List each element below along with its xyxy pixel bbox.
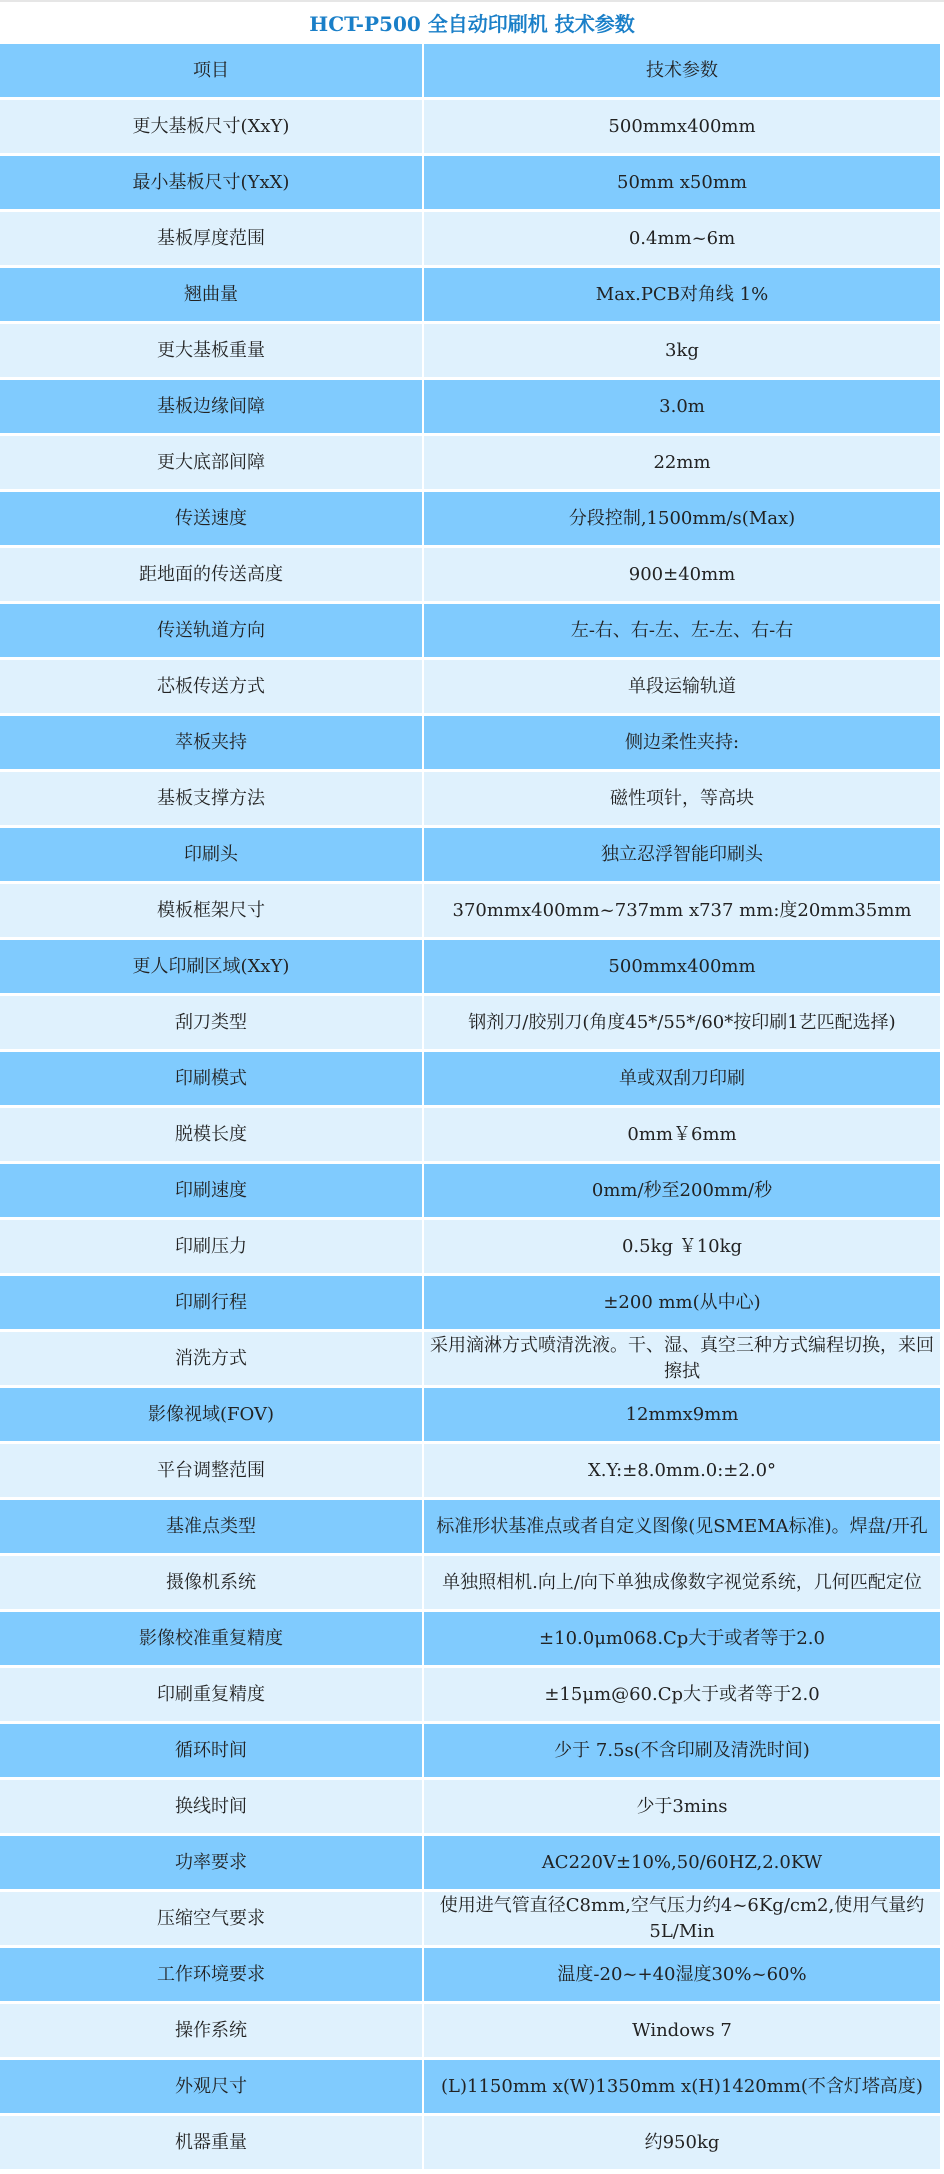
item-cell: 传送轨道方向 bbox=[0, 604, 422, 657]
item-cell: 印刷压力 bbox=[0, 1220, 422, 1273]
item-cell: 更人印刷区域(XxY) bbox=[0, 940, 422, 993]
item-cell: 脱模长度 bbox=[0, 1108, 422, 1161]
table-row: 印刷行程±200 mm(从中心) bbox=[0, 1276, 940, 1329]
item-cell: 摄像机系统 bbox=[0, 1556, 422, 1609]
table-row: 操作系统Windows 7 bbox=[0, 2004, 940, 2057]
item-cell: 萃板夹持 bbox=[0, 716, 422, 769]
item-cell: 功率要求 bbox=[0, 1836, 422, 1889]
item-cell: 外观尺寸 bbox=[0, 2060, 422, 2113]
item-cell: 印刷速度 bbox=[0, 1164, 422, 1217]
item-cell: 基板支撑方法 bbox=[0, 772, 422, 825]
item-cell: 更大基板尺寸(XxY) bbox=[0, 100, 422, 153]
table-row: 摄像机系统单独照相机.向上/向下单独成像数字视觉系统，几何匹配定位 bbox=[0, 1556, 940, 1609]
spec-cell: 单段运输轨道 bbox=[424, 660, 940, 713]
item-cell: 基板边缘间障 bbox=[0, 380, 422, 433]
spec-table: 项目 技术参数 更大基板尺寸(XxY)500mmx400mm最小基板尺寸(YxX… bbox=[0, 41, 942, 2172]
column-header-item: 项目 bbox=[0, 44, 422, 97]
spec-cell: 0.5kg ￥10kg bbox=[424, 1220, 940, 1273]
table-row: 萃板夹持侧边柔性夹持: bbox=[0, 716, 940, 769]
item-cell: 印刷行程 bbox=[0, 1276, 422, 1329]
item-cell: 影像视域(FOV) bbox=[0, 1388, 422, 1441]
spec-cell: 使用进气管直径C8mm,空气压力约4~6Kg/cm2,使用气量约5L/Min bbox=[424, 1892, 940, 1945]
spec-cell: 0.4mm~6m bbox=[424, 212, 940, 265]
table-row: 机器重量约950kg bbox=[0, 2116, 940, 2169]
spec-cell: Windows 7 bbox=[424, 2004, 940, 2057]
item-cell: 印刷重复精度 bbox=[0, 1668, 422, 1721]
spec-cell: 900±40mm bbox=[424, 548, 940, 601]
spec-cell: 0mm￥6mm bbox=[424, 1108, 940, 1161]
table-row: 基准点类型标准形状基准点或者自定义图像(见SMEMA标准)。焊盘/开孔 bbox=[0, 1500, 940, 1553]
table-row: 影像校准重复精度±10.0μm068.Cp大于或者等于2.0 bbox=[0, 1612, 940, 1665]
spec-cell: 单独照相机.向上/向下单独成像数字视觉系统，几何匹配定位 bbox=[424, 1556, 940, 1609]
item-cell: 最小基板尺寸(YxX) bbox=[0, 156, 422, 209]
page-title: HCT-P500 全自动印刷机 技术参数 bbox=[0, 0, 944, 44]
table-row: 压缩空气要求使用进气管直径C8mm,空气压力约4~6Kg/cm2,使用气量约5L… bbox=[0, 1892, 940, 1945]
item-cell: 传送速度 bbox=[0, 492, 422, 545]
spec-cell: X.Y:±8.0mm.0:±2.0° bbox=[424, 1444, 940, 1497]
table-row: 最小基板尺寸(YxX)50mm x50mm bbox=[0, 156, 940, 209]
spec-cell: 少于 7.5s(不含印刷及清洗时间) bbox=[424, 1724, 940, 1777]
spec-cell: 500mmx400mm bbox=[424, 100, 940, 153]
spec-cell: 3.0m bbox=[424, 380, 940, 433]
spec-cell: 370mmx400mm~737mm x737 mm:度20mm35mm bbox=[424, 884, 940, 937]
item-cell: 消洗方式 bbox=[0, 1332, 422, 1385]
item-cell: 循环时间 bbox=[0, 1724, 422, 1777]
table-row: 消洗方式采用滴淋方式喷清洗液。干、湿、真空三种方式编程切换，来回擦拭 bbox=[0, 1332, 940, 1385]
spec-cell: 0mm/秒至200mm/秒 bbox=[424, 1164, 940, 1217]
table-row: 印刷压力0.5kg ￥10kg bbox=[0, 1220, 940, 1273]
item-cell: 更大基板重量 bbox=[0, 324, 422, 377]
table-row: 印刷模式单或双刮刀印刷 bbox=[0, 1052, 940, 1105]
spec-cell: ±10.0μm068.Cp大于或者等于2.0 bbox=[424, 1612, 940, 1665]
spec-cell: 单或双刮刀印刷 bbox=[424, 1052, 940, 1105]
item-cell: 基准点类型 bbox=[0, 1500, 422, 1553]
spec-cell: (L)1150mm x(W)1350mm x(H)1420mm(不含灯塔高度) bbox=[424, 2060, 940, 2113]
spec-cell: 磁性项针，等高块 bbox=[424, 772, 940, 825]
table-row: 更大底部间障22mm bbox=[0, 436, 940, 489]
item-cell: 机器重量 bbox=[0, 2116, 422, 2169]
table-row: 翘曲量Max.PCB对角线 1% bbox=[0, 268, 940, 321]
item-cell: 翘曲量 bbox=[0, 268, 422, 321]
item-cell: 芯板传送方式 bbox=[0, 660, 422, 713]
item-cell: 换线时间 bbox=[0, 1780, 422, 1833]
table-row: 更人印刷区域(XxY)500mmx400mm bbox=[0, 940, 940, 993]
item-cell: 操作系统 bbox=[0, 2004, 422, 2057]
item-cell: 印刷模式 bbox=[0, 1052, 422, 1105]
table-row: 外观尺寸(L)1150mm x(W)1350mm x(H)1420mm(不含灯塔… bbox=[0, 2060, 940, 2113]
spec-cell: ±200 mm(从中心) bbox=[424, 1276, 940, 1329]
item-cell: 模板框架尺寸 bbox=[0, 884, 422, 937]
spec-cell: 500mmx400mm bbox=[424, 940, 940, 993]
item-cell: 平台调整范围 bbox=[0, 1444, 422, 1497]
table-header-row: 项目 技术参数 bbox=[0, 44, 940, 97]
table-row: 印刷头独立忍浮智能印刷头 bbox=[0, 828, 940, 881]
spec-cell: 左-右、右-左、左-左、右-右 bbox=[424, 604, 940, 657]
column-header-spec: 技术参数 bbox=[424, 44, 940, 97]
table-row: 印刷重复精度±15μm@60.Cp大于或者等于2.0 bbox=[0, 1668, 940, 1721]
spec-cell: 3kg bbox=[424, 324, 940, 377]
item-cell: 更大底部间障 bbox=[0, 436, 422, 489]
spec-cell: 50mm x50mm bbox=[424, 156, 940, 209]
table-row: 更大基板重量3kg bbox=[0, 324, 940, 377]
table-row: 基板厚度范围0.4mm~6m bbox=[0, 212, 940, 265]
spec-cell: 约950kg bbox=[424, 2116, 940, 2169]
spec-cell: 钢剂刀/胶别刀(角度45*/55*/60*按印刷1艺匹配选择) bbox=[424, 996, 940, 1049]
table-row: 模板框架尺寸370mmx400mm~737mm x737 mm:度20mm35m… bbox=[0, 884, 940, 937]
table-row: 循环时间少于 7.5s(不含印刷及清洗时间) bbox=[0, 1724, 940, 1777]
table-row: 基板边缘间障3.0m bbox=[0, 380, 940, 433]
spec-cell: 采用滴淋方式喷清洗液。干、湿、真空三种方式编程切换，来回擦拭 bbox=[424, 1332, 940, 1385]
table-row: 平台调整范围X.Y:±8.0mm.0:±2.0° bbox=[0, 1444, 940, 1497]
table-row: 印刷速度0mm/秒至200mm/秒 bbox=[0, 1164, 940, 1217]
item-cell: 基板厚度范围 bbox=[0, 212, 422, 265]
table-row: 芯板传送方式单段运输轨道 bbox=[0, 660, 940, 713]
table-row: 换线时间少于3mins bbox=[0, 1780, 940, 1833]
item-cell: 压缩空气要求 bbox=[0, 1892, 422, 1945]
item-cell: 影像校准重复精度 bbox=[0, 1612, 422, 1665]
spec-cell: 侧边柔性夹持: bbox=[424, 716, 940, 769]
table-row: 脱模长度0mm￥6mm bbox=[0, 1108, 940, 1161]
spec-cell: 分段控制,1500mm/s(Max) bbox=[424, 492, 940, 545]
table-row: 传送速度分段控制,1500mm/s(Max) bbox=[0, 492, 940, 545]
spec-cell: 12mmx9mm bbox=[424, 1388, 940, 1441]
table-row: 工作环境要求温度-20~+40湿度30%~60% bbox=[0, 1948, 940, 2001]
spec-cell: 22mm bbox=[424, 436, 940, 489]
spec-cell: Max.PCB对角线 1% bbox=[424, 268, 940, 321]
spec-cell: 标准形状基准点或者自定义图像(见SMEMA标准)。焊盘/开孔 bbox=[424, 1500, 940, 1553]
item-cell: 工作环境要求 bbox=[0, 1948, 422, 2001]
table-row: 基板支撑方法磁性项针，等高块 bbox=[0, 772, 940, 825]
table-row: 影像视域(FOV)12mmx9mm bbox=[0, 1388, 940, 1441]
table-row: 刮刀类型钢剂刀/胶别刀(角度45*/55*/60*按印刷1艺匹配选择) bbox=[0, 996, 940, 1049]
spec-cell: 温度-20~+40湿度30%~60% bbox=[424, 1948, 940, 2001]
table-row: 更大基板尺寸(XxY)500mmx400mm bbox=[0, 100, 940, 153]
table-row: 功率要求AC220V±10%,50/60HZ,2.0KW bbox=[0, 1836, 940, 1889]
item-cell: 距地面的传送高度 bbox=[0, 548, 422, 601]
item-cell: 印刷头 bbox=[0, 828, 422, 881]
spec-cell: AC220V±10%,50/60HZ,2.0KW bbox=[424, 1836, 940, 1889]
table-row: 距地面的传送高度900±40mm bbox=[0, 548, 940, 601]
spec-cell: 少于3mins bbox=[424, 1780, 940, 1833]
spec-cell: ±15μm@60.Cp大于或者等于2.0 bbox=[424, 1668, 940, 1721]
spec-cell: 独立忍浮智能印刷头 bbox=[424, 828, 940, 881]
item-cell: 刮刀类型 bbox=[0, 996, 422, 1049]
table-row: 传送轨道方向左-右、右-左、左-左、右-右 bbox=[0, 604, 940, 657]
